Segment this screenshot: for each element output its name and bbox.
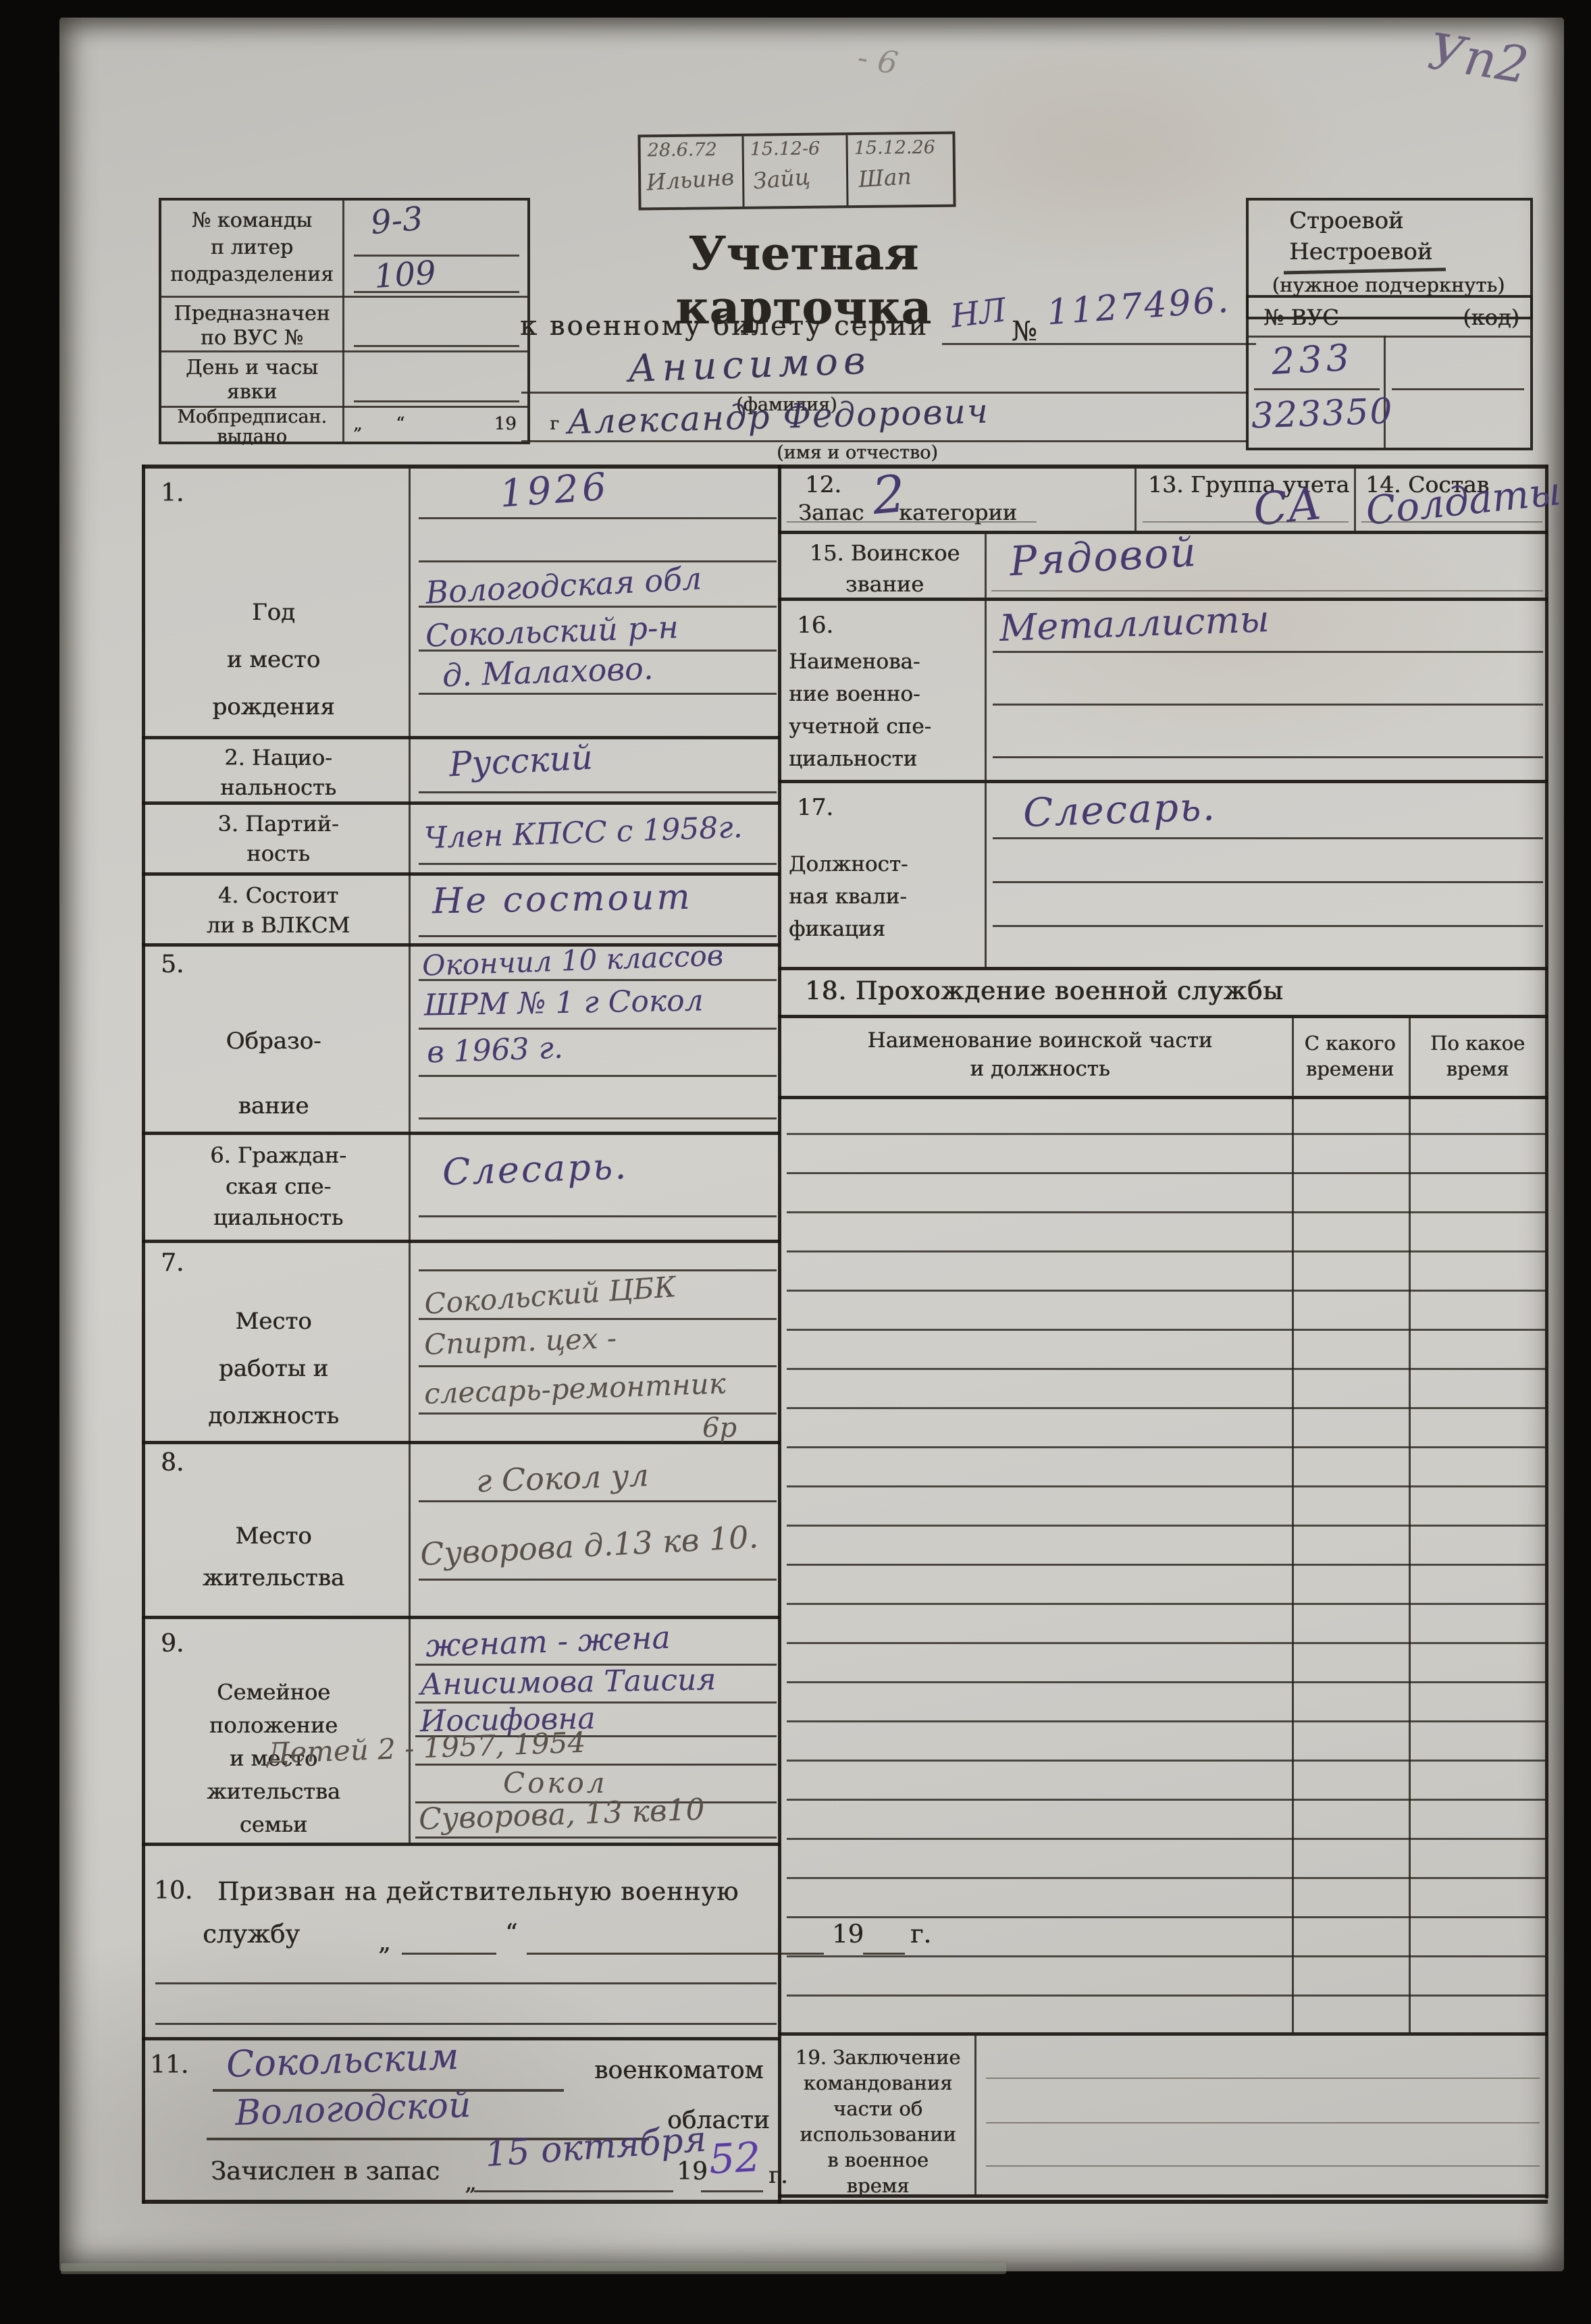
field-15-divider: [985, 531, 987, 598]
field-17-value: Слесарь.: [1022, 783, 1217, 836]
field-15-label: 15. Воинскоезвание: [787, 537, 983, 600]
stamp-date-2: 15.12-6: [750, 138, 820, 160]
form-right-border: [1545, 465, 1548, 2198]
field-5-number: 5.: [161, 951, 184, 978]
field-10-line1: Призван на действительную военную: [217, 1877, 739, 1906]
left-label-divider: [409, 466, 411, 1843]
field-1-label: Годи месторождения: [145, 589, 402, 731]
field-19-divider: [974, 2032, 976, 2196]
form-top-border: [142, 465, 1548, 469]
field-9-value-2: Анисимова Таисия: [420, 1662, 716, 1702]
vus-value-1: 233: [1270, 336, 1354, 383]
field-1-village: д. Малахово.: [442, 650, 654, 694]
field-10-word: службу: [203, 1920, 300, 1949]
stamp-signature-1: Ильинв: [646, 164, 735, 196]
admin-label-vus-purpose: Предназначенпо ВУС №: [161, 302, 342, 350]
field-2-label: 2. Нацио-нальность: [157, 743, 400, 802]
field-16-label: Наименова-ние военно-учетной спе-циально…: [789, 645, 978, 775]
field-5-label-2: вание: [145, 1092, 402, 1119]
stamp-date-1: 28.6.72: [648, 139, 717, 161]
series-handwritten: НЛ: [949, 291, 1008, 336]
field-7-label: Местоработы идолжность: [145, 1298, 402, 1440]
field-5-label-1: Образо-: [145, 1028, 402, 1055]
field-10-quote2: “: [505, 1920, 517, 1947]
row12-divider-2: [1354, 466, 1356, 531]
field-5-value-3: в 1963 г.: [426, 1030, 563, 1069]
category-stroevoy: Строевой: [1289, 207, 1403, 234]
surname-handwritten: Анисимов: [627, 339, 872, 392]
stamp-divider: [741, 136, 744, 207]
field-8-number: 8.: [161, 1449, 184, 1477]
name-caption: (имя и отчество): [777, 442, 938, 463]
field-13-value: СА: [1251, 477, 1324, 536]
field-10-quote1: „: [378, 1928, 391, 1956]
field-6-value: Слесарь.: [442, 1144, 629, 1194]
admin-label-team-number: № командып литерподразделения: [161, 207, 342, 288]
field-9-value-5: Сокол: [503, 1766, 608, 1799]
field-17-label: Должност-ная квали-фикация: [789, 848, 978, 945]
field-1-number: 1.: [161, 479, 184, 507]
admin-value-team2: 109: [373, 254, 437, 296]
table-header-to: По какоевремя: [1411, 1030, 1544, 1082]
field-12-number: 12.: [805, 471, 841, 498]
scanned-military-card-photo: { "colors":{"paper":"#cccac5","ink_purpl…: [0, 0, 1591, 2324]
admin-value-team: 9-3: [369, 200, 425, 242]
field-2-value: Русский: [448, 737, 594, 784]
field-10-number: 10.: [154, 1877, 192, 1905]
field-11-reserve-printed: Зачислен в запас: [211, 2157, 440, 2186]
field-17-divider: [985, 780, 987, 967]
subtitle-series: к военному билету серии: [520, 311, 929, 342]
vus-label: № ВУС: [1263, 305, 1339, 330]
stamp-divider: [845, 135, 848, 205]
field-18-title: 18. Прохождение военной службы: [805, 976, 1283, 1005]
stamp-box: 28.6.72 Ильинв 15.12-6 Зайц 15.12.26 Шап: [637, 132, 956, 211]
field-17-number: 17.: [797, 794, 833, 821]
field-19-label: 19. Заключениекомандованиячасти обисполь…: [782, 2044, 974, 2198]
admin-label-report-time: День и часыявки: [161, 356, 342, 404]
field-4-value: Не состоит: [432, 877, 694, 922]
vus-code-label: (код): [1463, 305, 1519, 330]
table-body-ruled-rows: [787, 1096, 1545, 2032]
field-11-year-printed: 19: [677, 2158, 708, 2186]
vus-box: № ВУС (код) 233 323350: [1246, 295, 1533, 450]
admin-box: № командып литерподразделения Предназнач…: [159, 198, 530, 444]
field-7-value-2: Спирт. цех -: [423, 1321, 617, 1361]
field-16-number: 16.: [797, 612, 833, 639]
form-bottom-border: [142, 2200, 1548, 2204]
vus-value-2: 323350: [1251, 391, 1394, 436]
admin-label-mob-order: Мобпредписан.выдано: [161, 407, 342, 446]
field-11-number: 11.: [150, 2051, 188, 2079]
category-caption: (нужное подчеркнуть): [1250, 273, 1527, 296]
field-7-number: 7.: [161, 1249, 184, 1277]
stamp-date-3: 15.12.26: [854, 137, 935, 159]
field-3-label: 3. Партий-ность: [157, 809, 400, 868]
field-1-year: 1926: [498, 465, 611, 516]
row12-divider-1: [1134, 466, 1137, 531]
field-11-commissariat-printed: военкоматом: [594, 2057, 763, 2084]
category-nestroevoy: Нестроевой: [1289, 238, 1432, 265]
field-6-label: 6. Граждан-ская спе-циальность: [150, 1140, 407, 1233]
table-col-divider-2: [1409, 1015, 1411, 2032]
field-11-region-hw: Вологодской: [234, 2085, 471, 2134]
field-11-year-hw: 52: [708, 2134, 762, 2184]
field-7-value-4: 6р: [702, 1412, 737, 1444]
field-9-number: 9.: [161, 1630, 184, 1658]
field-4-label: 4. Состоитли в ВЛКСМ: [150, 880, 407, 940]
underlying-page-edge: [61, 2263, 1006, 2274]
form-center-divider: [778, 465, 781, 2204]
table-header-from: С какоговремени: [1294, 1030, 1406, 1082]
page-number-pencil-note: - 6: [855, 38, 901, 82]
field-16-divider: [985, 598, 987, 780]
table-col-divider-1: [1292, 1015, 1294, 2032]
field-11-commissariat-hw: Сокольским: [226, 2035, 459, 2086]
field-5-value-2: ШРМ № 1 г Сокол: [424, 983, 704, 1022]
field-12-value: 2: [870, 463, 908, 526]
field-8-value-1: г Сокол ул: [475, 1457, 650, 1500]
field-15-value: Рядовой: [1008, 529, 1198, 585]
stamp-signature-3: Шап: [858, 163, 912, 192]
table-header-unit: Наименование воинской частии должность: [793, 1026, 1286, 1083]
stamp-signature-2: Зайц: [752, 163, 811, 194]
field-8-label: Местожительства: [145, 1515, 402, 1599]
admin-date-blank: „ “ 19 г: [353, 414, 559, 434]
